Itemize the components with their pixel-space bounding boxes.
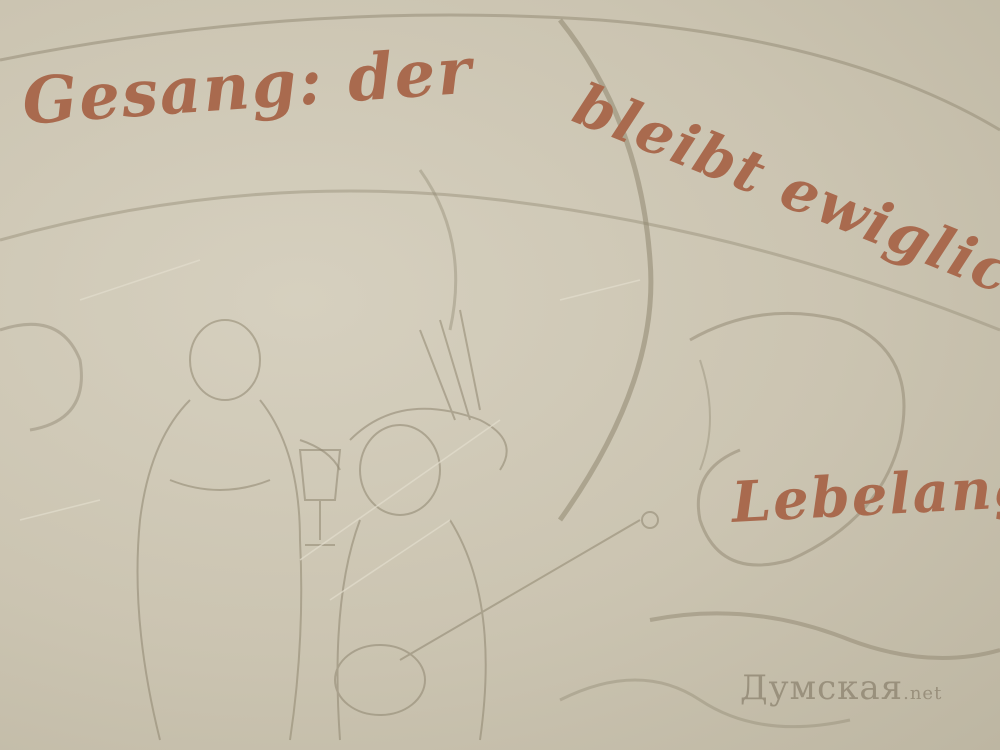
watermark-suffix: .net <box>903 683 942 704</box>
watermark-brand: Думская <box>740 668 903 708</box>
watermark: Думская.net <box>740 668 942 708</box>
mural-photo: Gesang: der bleibt ewiglich Lebelang Дум… <box>0 0 1000 750</box>
